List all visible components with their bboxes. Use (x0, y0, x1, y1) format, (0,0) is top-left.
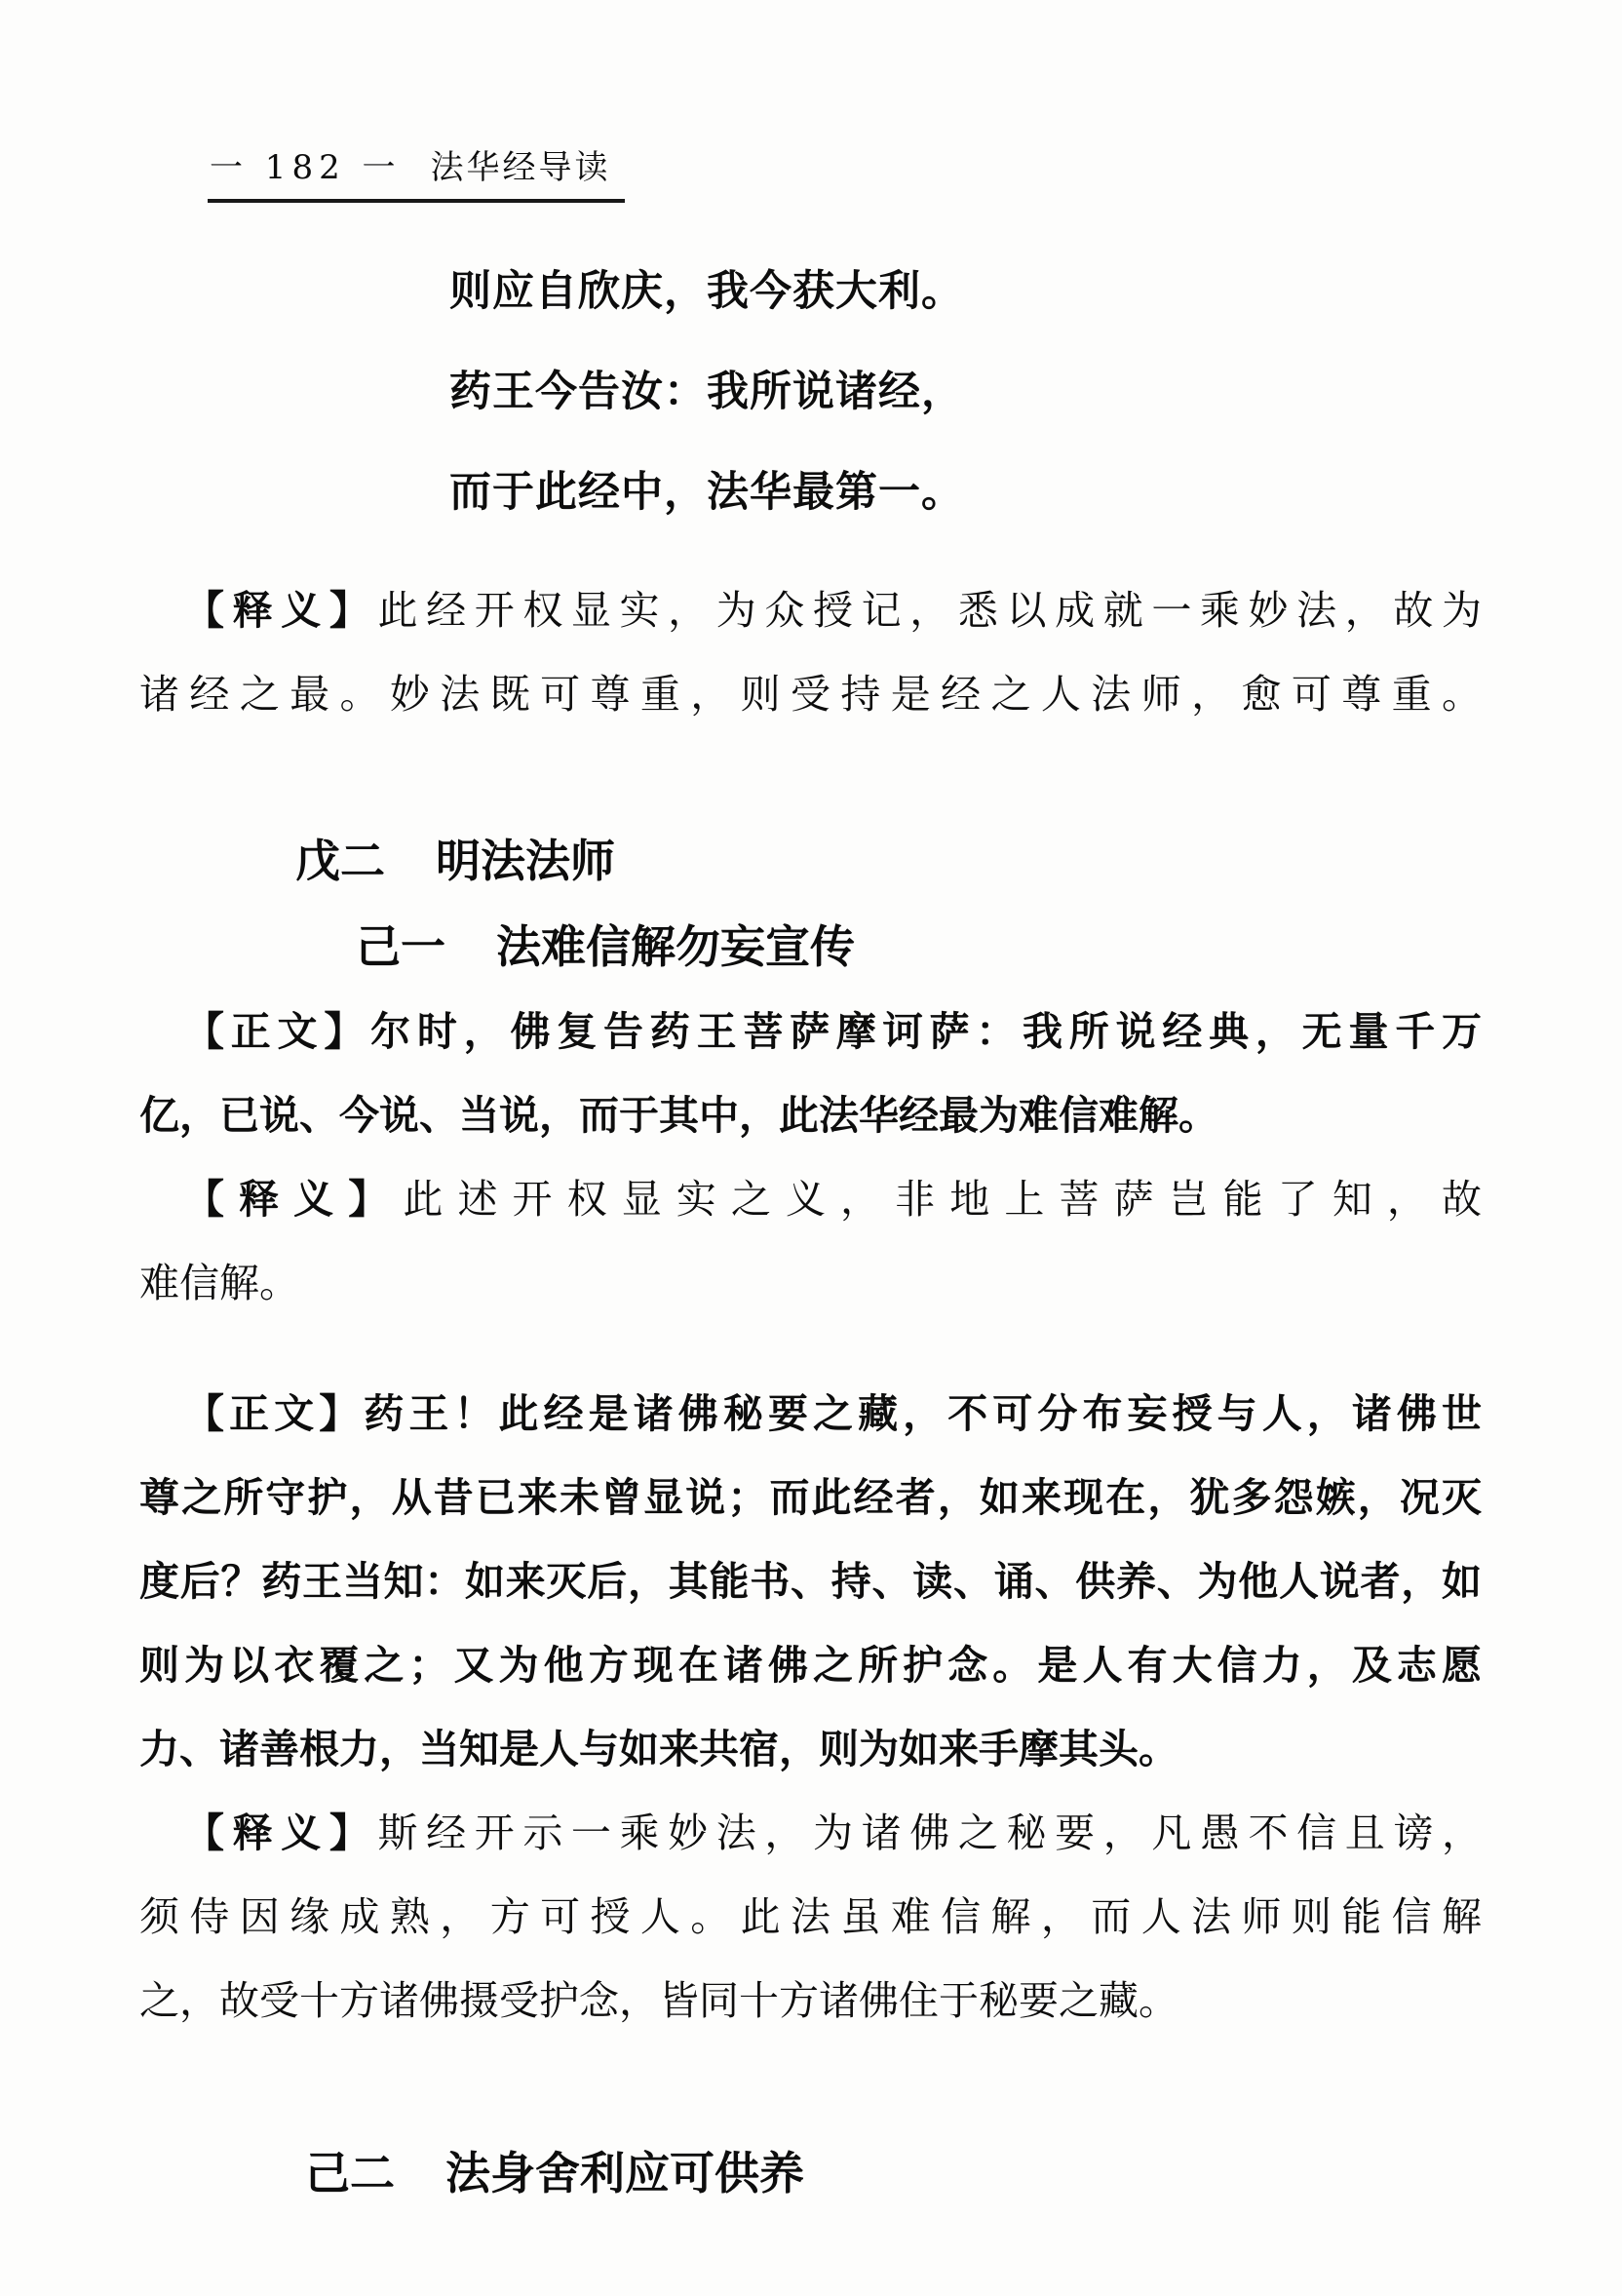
section-heading-ji1: 己一法难信解勿妄宣传 (356, 904, 1482, 990)
paragraph-shiyi-2: 【释义】此述开权显实之义，非地上菩萨岂能了知，故 难信解。 (139, 1157, 1482, 1325)
text-line: 则为以衣覆之；又为他方现在诸佛之所护念。是人有大信力，及志愿 (139, 1623, 1482, 1707)
paragraph-zhengwen-1: 【正文】尔时，佛复告药王菩萨摩诃萨：我所说经典，无量千万 亿，已说、今说、当说，… (139, 990, 1482, 1157)
text-run: 药王！此经是诸佛秘要之藏，不可分布妄授与人，诸佛世 (364, 1390, 1482, 1437)
book-page: 一 182 一法华经导读 则应自欣庆，我今获大利。 药王今告汝：我所说诸经， 而… (0, 0, 1622, 2296)
text-line: 度后？药王当知：如来灭后，其能书、持、读、诵、供养、为他人说者，如来 (139, 1539, 1482, 1623)
paragraph-shiyi-3: 【释义】斯经开示一乘妙法，为诸佛之秘要，凡愚不信且谤， 须侍因缘成熟，方可授人。… (139, 1791, 1482, 2043)
heading-number: 戊二 (295, 835, 385, 887)
text-line: 亿，已说、今说、当说，而于其中，此法华经最为难信难解。 (139, 1073, 1482, 1157)
text-line: 诸经之最。妙法既可尊重，则受持是经之人法师，愈可尊重。 (139, 652, 1482, 736)
text-line: 【正文】药王！此经是诸佛秘要之藏，不可分布妄授与人，诸佛世 (139, 1372, 1482, 1456)
paragraph-shiyi-1: 【释义】此经开权显实，为众授记，悉以成就一乘妙法，故为 诸经之最。妙法既可尊重，… (139, 568, 1482, 736)
heading-number: 己一 (356, 920, 445, 973)
label-zhengwen: 【正文】 (184, 1008, 370, 1055)
text-line: 难信解。 (139, 1241, 1482, 1325)
verse-line: 药王今告汝：我所说诸经， (449, 368, 1482, 416)
text-line: 尊之所守护，从昔已来未曾显说；而此经者，如来现在，犹多怨嫉，况灭 (139, 1456, 1482, 1539)
verse-line: 则应自欣庆，我今获大利。 (449, 267, 1482, 316)
text-run: 此经开权显实，为众授记，悉以成就一乘妙法，故为 (377, 587, 1482, 634)
text-line: 之，故受十方诸佛摄受护念，皆同十方诸佛住于秘要之藏。 (139, 1959, 1482, 2043)
running-header: 一 182 一法华经导读 (208, 146, 625, 203)
page-number: 一 182 一 (210, 148, 402, 187)
label-shiyi: 【释义】 (184, 587, 377, 634)
verse-block: 则应自欣庆，我今获大利。 药王今告汝：我所说诸经， 而于此经中，法华最第一。 (449, 267, 1482, 517)
heading-title: 法难信解勿妄宣传 (496, 920, 855, 973)
text-line: 力、诸善根力，当知是人与如来共宿，则为如来手摩其头。 (139, 1707, 1482, 1791)
heading-number: 己二 (305, 2147, 395, 2199)
text-run: 尔时，佛复告药王菩萨摩诃萨：我所说经典，无量千万 (370, 1008, 1482, 1055)
label-zhengwen: 【正文】 (184, 1390, 364, 1437)
text-line: 【正文】尔时，佛复告药王菩萨摩诃萨：我所说经典，无量千万 (139, 990, 1482, 1073)
section-heading-wu2: 戊二明法法师 (295, 818, 1482, 904)
text-line: 【释义】此述开权显实之义，非地上菩萨岂能了知，故 (139, 1157, 1482, 1241)
label-shiyi: 【释义】 (184, 1810, 377, 1856)
text-run: 此述开权显实之义，非地上菩萨岂能了知，故 (403, 1176, 1482, 1223)
heading-title: 明法法师 (436, 835, 615, 887)
text-line: 【释义】斯经开示一乘妙法，为诸佛之秘要，凡愚不信且谤， (139, 1791, 1482, 1875)
label-shiyi: 【释义】 (184, 1176, 403, 1223)
section-heading-ji2: 己二法身舍利应可供养 (305, 2130, 1482, 2216)
verse-line: 而于此经中，法华最第一。 (449, 468, 1482, 517)
text-run: 斯经开示一乘妙法，为诸佛之秘要，凡愚不信且谤， (377, 1810, 1482, 1856)
text-line: 须侍因缘成熟，方可授人。此法虽难信解，而人法师则能信解 (139, 1875, 1482, 1959)
paragraph-zhengwen-2: 【正文】药王！此经是诸佛秘要之藏，不可分布妄授与人，诸佛世 尊之所守护，从昔已来… (139, 1372, 1482, 1791)
book-title: 法华经导读 (431, 148, 611, 187)
text-line: 【释义】此经开权显实，为众授记，悉以成就一乘妙法，故为 (139, 568, 1482, 652)
heading-title: 法身舍利应可供养 (445, 2147, 804, 2199)
